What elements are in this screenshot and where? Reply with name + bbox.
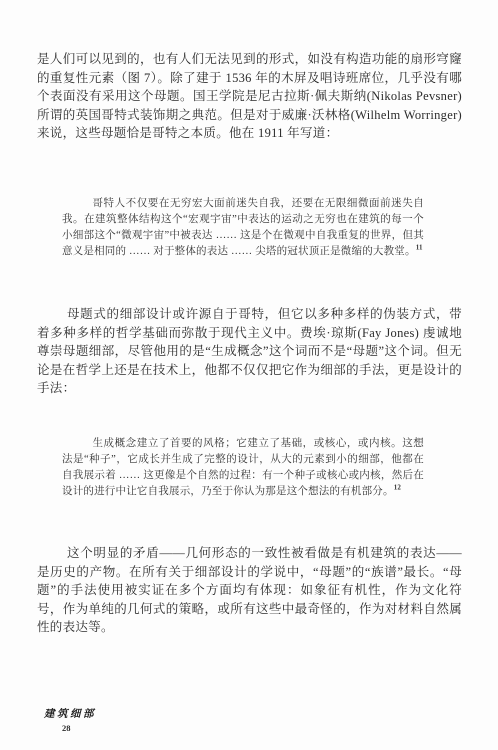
footnote-ref-11: 11 <box>416 243 423 251</box>
page-number: 28 <box>62 723 96 733</box>
page-footer: 建筑细部 28 <box>44 706 96 733</box>
blockquote-fay-jones-text: 生成概念建立了首要的风格；它建立了基础，或核心，或内核。这想法是“种子”，它成长… <box>62 438 424 497</box>
paragraph-fan-vault-motif: 是人们可以见到的，也有人们无法见到的形式，如没有构造功能的扇形穹窿的重复性元素（… <box>37 50 462 143</box>
book-page: 是人们可以见到的，也有人们无法见到的形式，如没有构造功能的扇形穹窿的重复性元素（… <box>0 0 498 750</box>
blockquote-fay-jones: 生成概念建立了首要的风格；它建立了基础，或核心，或内核。这想法是“种子”，它成长… <box>62 436 424 500</box>
blockquote-worringer: 哥特人不仅要在无穷宏大面前迷失自我，还要在无限细微面前迷失自我。在建筑整体结构这… <box>62 196 424 260</box>
paragraph-fay-jones: 母题式的细部设计或许源自于哥特，但它以多种多样的伪装方式，带着多种多样的哲学基础… <box>37 305 462 398</box>
footnote-ref-12: 12 <box>394 483 401 491</box>
text-column: 是人们可以见到的，也有人们无法见到的形式，如没有构造功能的扇形穹窿的重复性元素（… <box>37 50 462 637</box>
running-footer-book-title: 建筑细部 <box>44 706 96 721</box>
paragraph-contradiction: 这个明显的矛盾——几何形态的一致性被看做是有机建筑的表达——是历史的产物。在所有… <box>37 544 462 637</box>
blockquote-worringer-text: 哥特人不仅要在无穷宏大面前迷失自我，还要在无限细微面前迷失自我。在建筑整体结构这… <box>62 198 424 257</box>
